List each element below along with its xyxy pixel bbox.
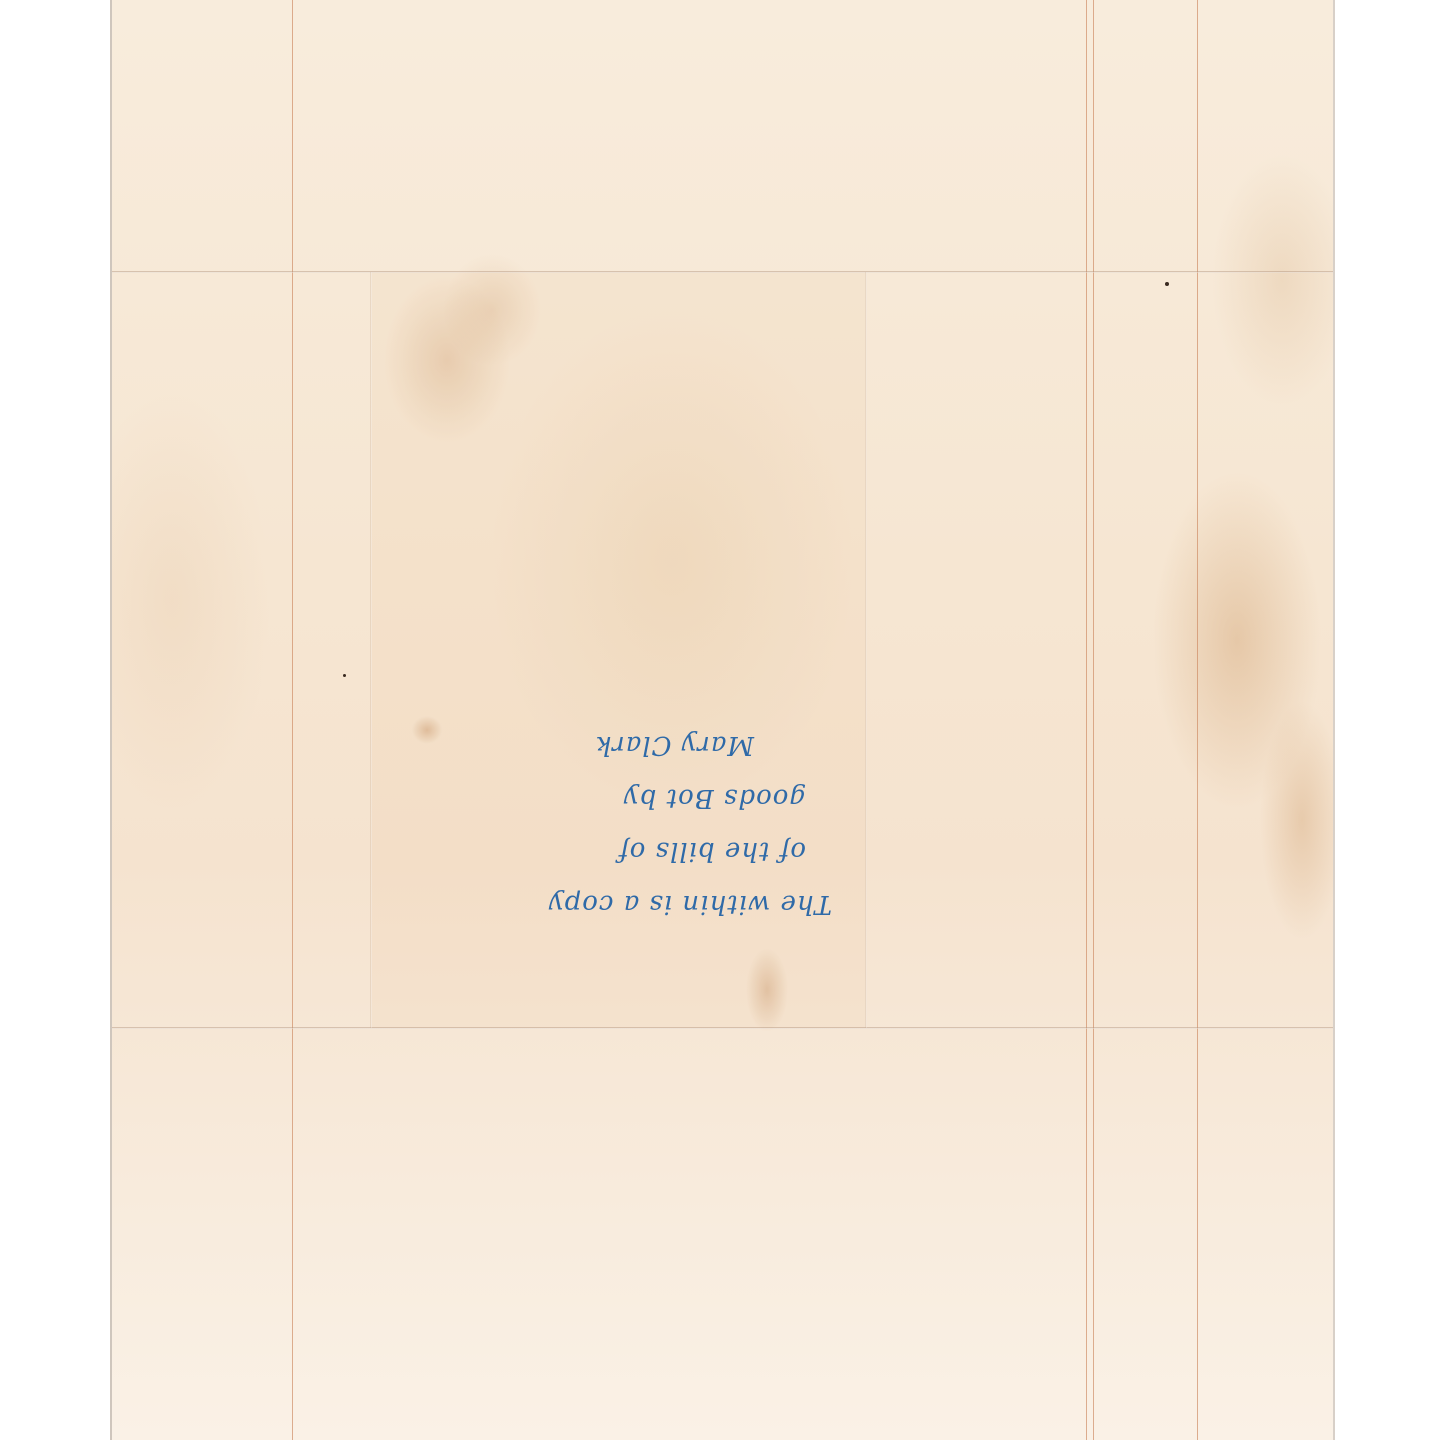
handwritten-note: The within is a copy of the bills of goo… xyxy=(412,718,832,930)
upper-fold-crease xyxy=(112,271,1333,273)
left-margin-rule xyxy=(292,0,293,1440)
note-line-4: Mary Clark xyxy=(412,718,832,771)
ink-speck xyxy=(1165,282,1169,286)
document-paper: The within is a copy of the bills of goo… xyxy=(112,0,1333,1440)
right-double-rule-b xyxy=(1093,0,1094,1440)
lower-fold-crease xyxy=(112,1027,1333,1029)
note-line-2: of the bills of xyxy=(412,824,832,877)
left-vertical-fold xyxy=(370,272,372,1028)
right-vertical-fold xyxy=(865,272,867,1028)
note-line-3: goods Bot by xyxy=(412,771,832,824)
ink-speck xyxy=(343,674,346,677)
right-margin-rule xyxy=(1197,0,1198,1440)
right-double-rule-a xyxy=(1086,0,1087,1440)
note-line-1: The within is a copy xyxy=(412,877,832,930)
